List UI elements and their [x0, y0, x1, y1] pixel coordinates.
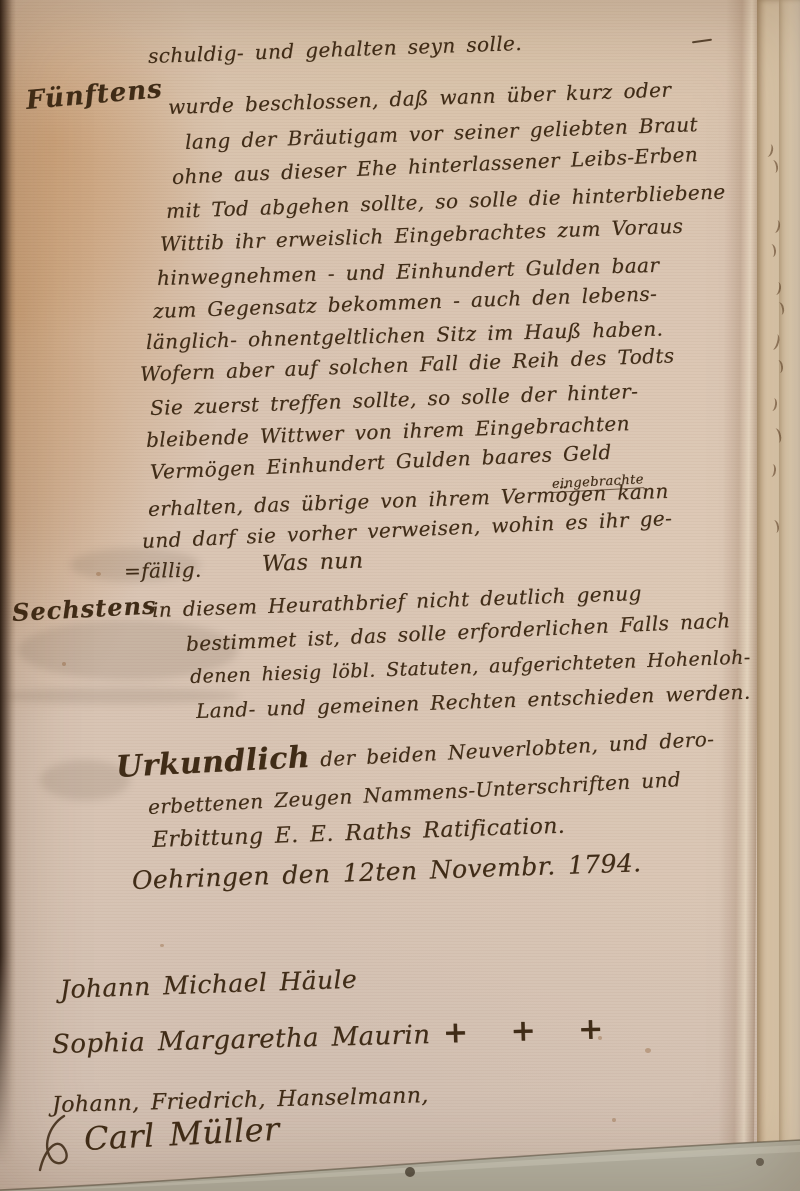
manuscript-line: Was nun	[262, 548, 364, 577]
foxing-spot	[96, 572, 101, 576]
manuscript-page: schuldig- und gehalten seyn solle. Fünft…	[0, 0, 800, 1191]
foxing-spot	[645, 1048, 651, 1053]
under-page-edge	[757, 0, 781, 1160]
under-page-edge	[779, 0, 800, 1160]
foxing-spot	[598, 1036, 602, 1040]
foxing-spot	[62, 662, 66, 666]
manuscript-line: =fällig.	[124, 558, 202, 583]
foxing-spot	[160, 944, 164, 947]
binding-shadow	[0, 0, 16, 1165]
foxing-spot	[612, 1118, 616, 1122]
signature-cross-marks: + + +	[442, 1011, 617, 1051]
